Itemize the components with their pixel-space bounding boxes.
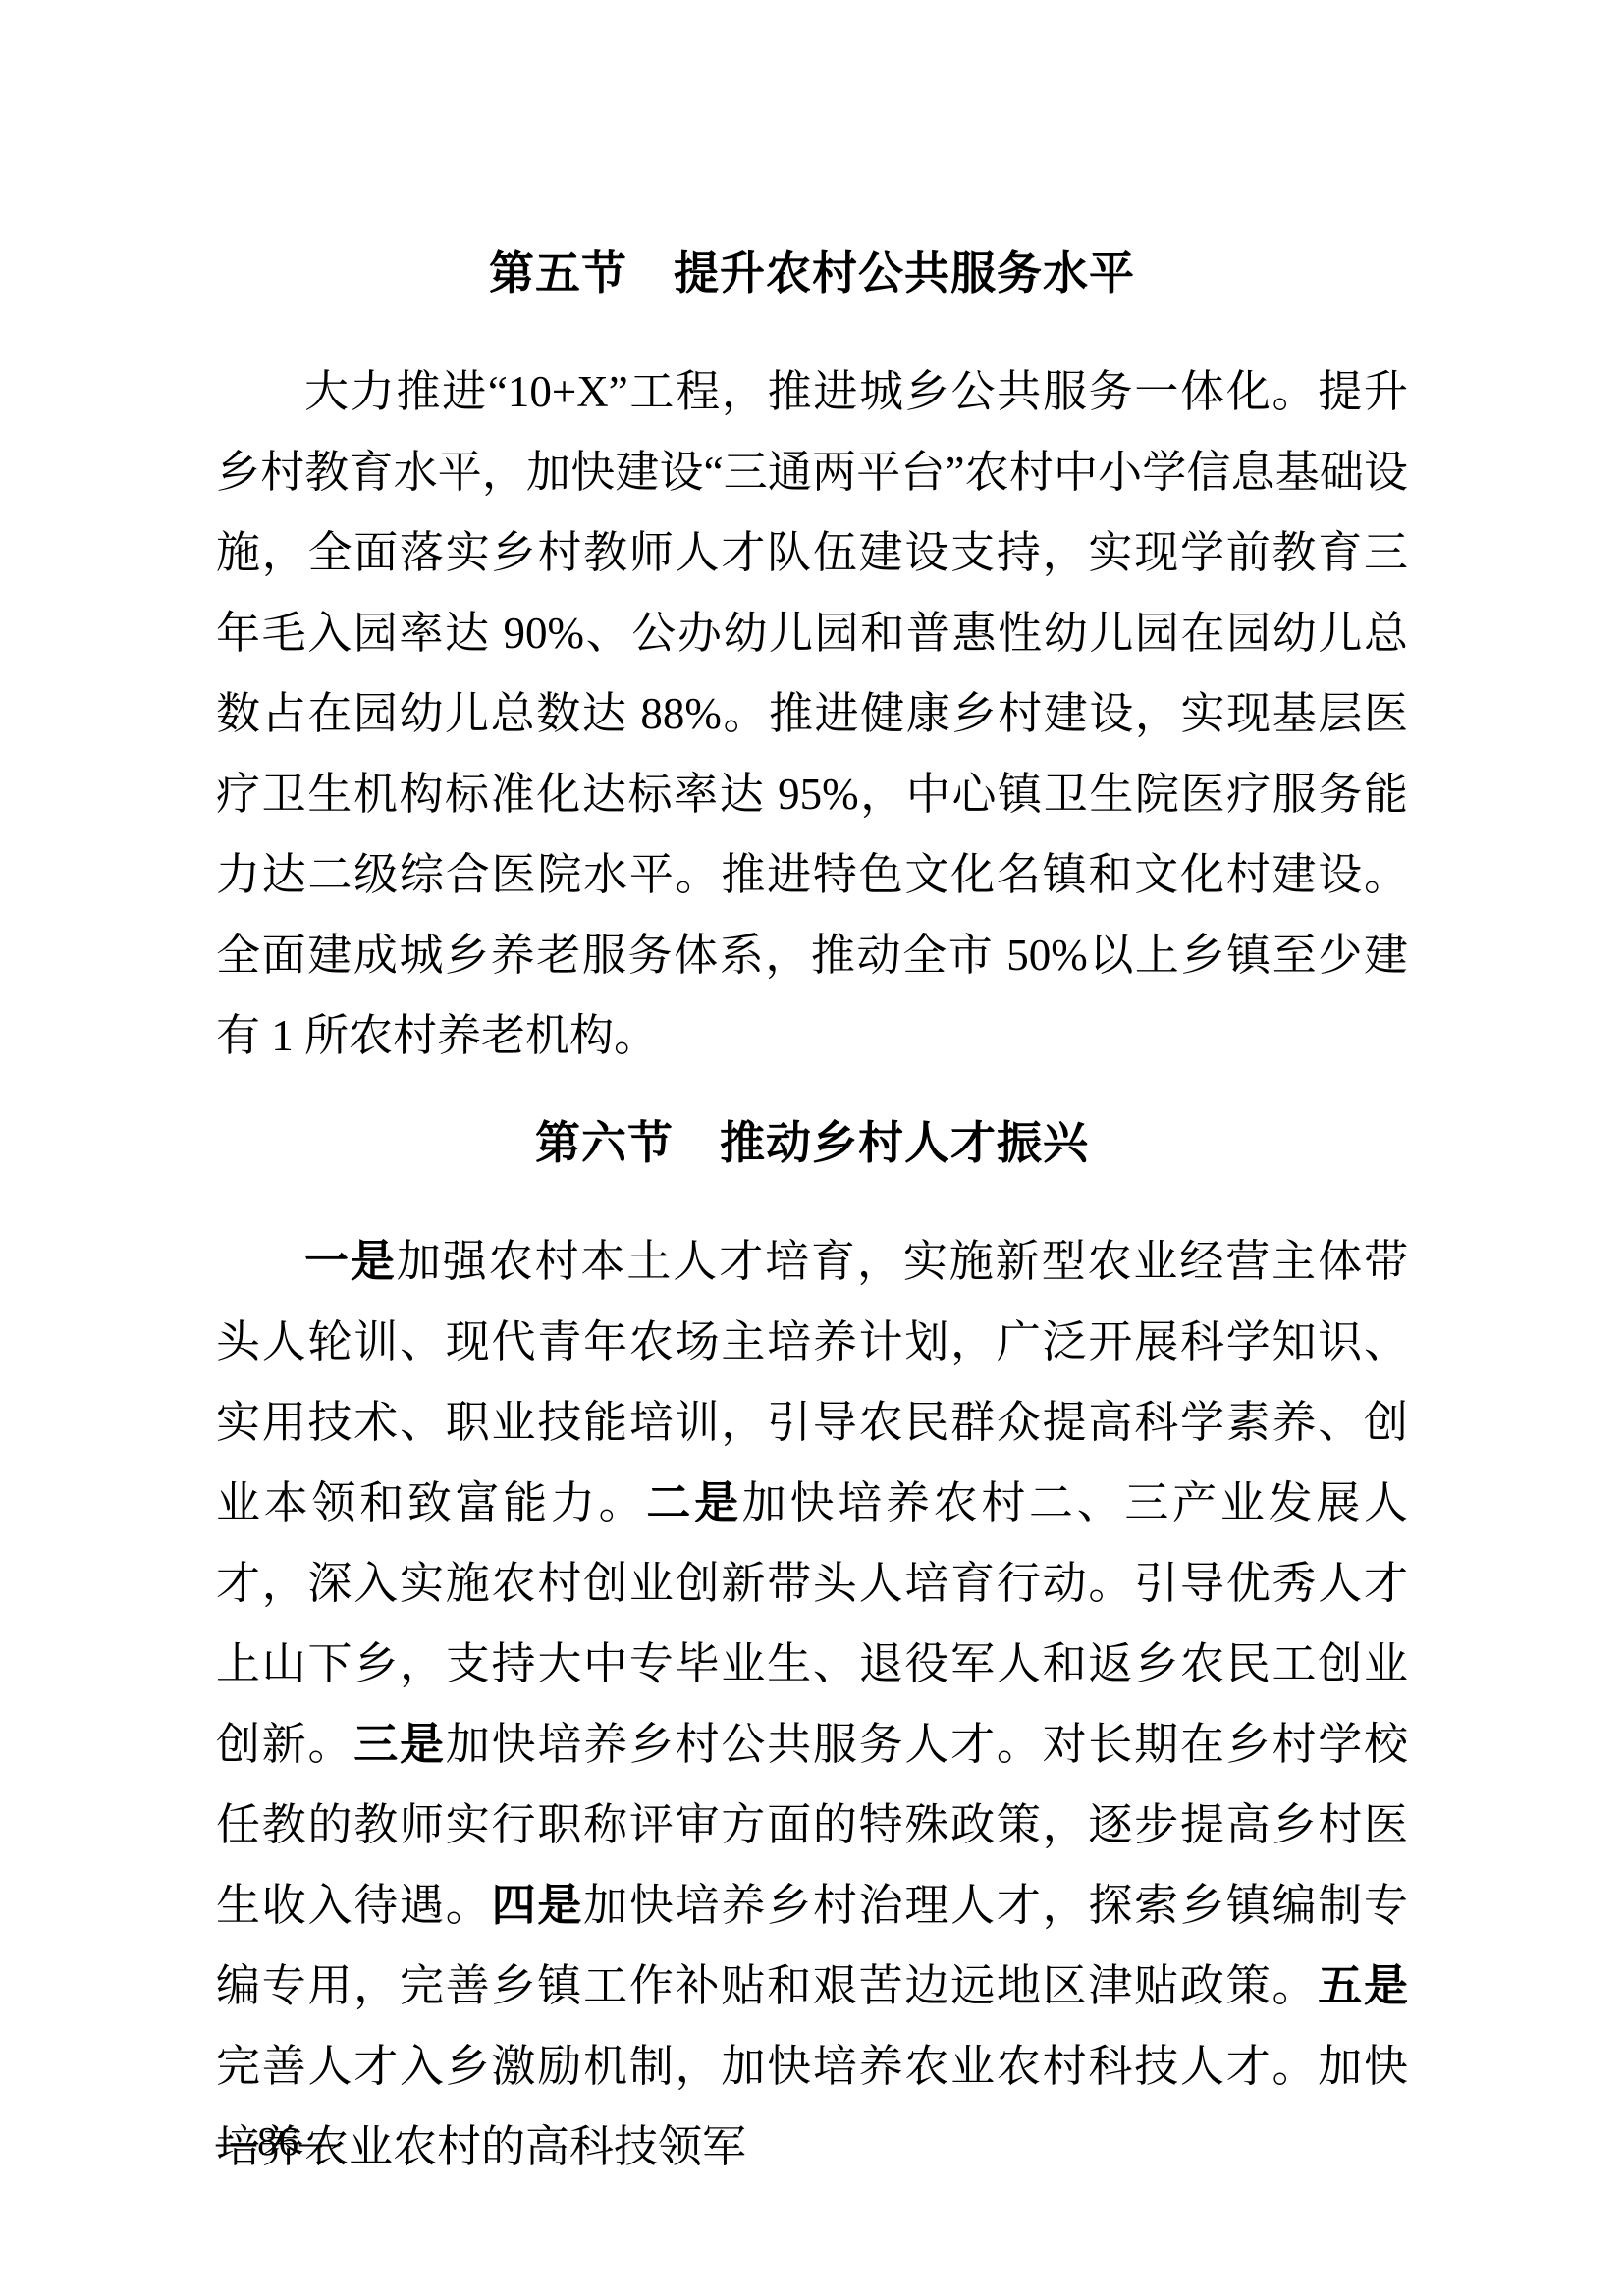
enum-marker-2: 二是 [646,1478,741,1527]
enum-marker-1: 一是 [304,1237,397,1286]
document-page: 第五节 提升农村公共服务水平 大力推进“10+X”工程，推进城乡公共服务一体化。… [0,0,1624,2296]
section5-paragraph: 大力推进“10+X”工程，推进城乡公共服务一体化。提升乡村教育水平，加快建设“三… [216,351,1408,1076]
enum-marker-3: 三是 [353,1720,446,1769]
enum-marker-5: 五是 [1318,1961,1408,2010]
enum-marker-4: 四是 [492,1881,584,1930]
paragraph-segment: 完善人才入乡激励机制，加快培养农业农村科技人才。加快培养农业农村的高科技领军 [216,2042,1408,2171]
section6-paragraph: 一是加强农村本土人才培育，实施新型农业经营主体带头人轮训、现代青年农场主培养计划… [216,1221,1408,2187]
text-column: 第五节 提升农村公共服务水平 大力推进“10+X”工程，推进城乡公共服务一体化。… [216,0,1408,2187]
page-number: —86— [216,2116,341,2165]
section6-heading: 第六节 推动乡村人才振兴 [216,1113,1408,1172]
section5-heading: 第五节 提升农村公共服务水平 [216,243,1408,302]
